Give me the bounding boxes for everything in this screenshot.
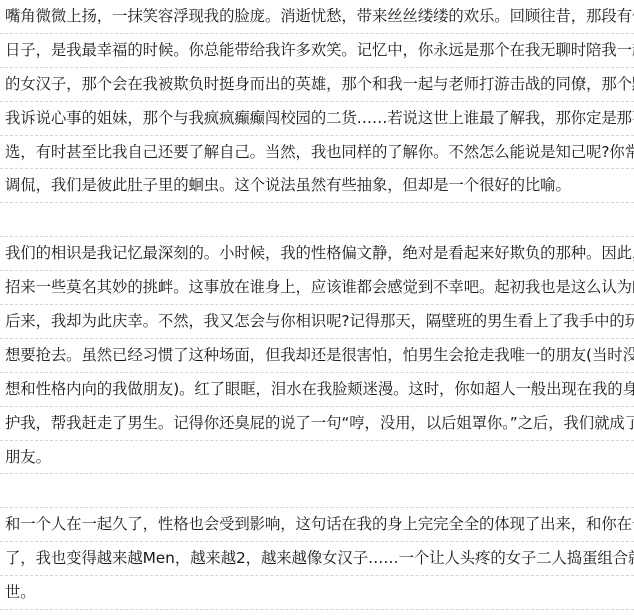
paragraph-spacer xyxy=(0,203,634,237)
paragraph-spacer xyxy=(0,474,634,508)
text-line: 我们的相识是我记忆最深刻的。小时候，我的性格偏文静，绝对是看起来好欺负的那种。因… xyxy=(0,237,634,271)
text-line: 朋友。 xyxy=(0,441,634,475)
text-line: 招来一些莫名其妙的挑衅。这事放在谁身上，应该谁都会感觉到不幸吧。起初我也是这么认… xyxy=(0,271,634,305)
text-line: 和一个人在一起久了，性格也会受到影响，这句话在我的身上完完全全的体现了出来，和你… xyxy=(0,508,634,542)
text-line: 日子，是我最幸福的时候。你总能带给我许多欢笑。记忆中，你永远是那个在我无聊时陪我… xyxy=(0,34,634,68)
text-line: 想和性格内向的我做朋友)。红了眼眶，泪水在我脸颊迷漫。这时，你如超人一般出现在我… xyxy=(0,373,634,407)
article-body: 嘴角微微上扬，一抹笑容浮现我的脸庞。消逝忧愁，带来丝丝缕缕的欢乐。回顾往昔，那段… xyxy=(0,0,634,610)
text-line: 后来，我却为此庆幸。不然，我又怎会与你相识呢?记得那天，隔壁班的男生看上了我手中… xyxy=(0,305,634,339)
text-line: 调侃，我们是彼此肚子里的蛔虫。这个说法虽然有些抽象，但却是一个很好的比喻。 xyxy=(0,169,634,203)
text-line: 选，有时甚至比我自己还要了解自己。当然，我也同样的了解你。不然怎么能说是知己呢?… xyxy=(0,136,634,170)
text-line: 世。 xyxy=(0,576,634,610)
text-line: 想要抢去。虽然已经习惯了这种场面，但我却还是很害怕，怕男生会抢走我唯一的朋友(当… xyxy=(0,339,634,373)
text-line: 护我，帮我赶走了男生。记得你还臭屁的说了一句“哼，没用，以后姐罩你。”之后，我们… xyxy=(0,407,634,441)
text-line: 嘴角微微上扬，一抹笑容浮现我的脸庞。消逝忧愁，带来丝丝缕缕的欢乐。回顾往昔，那段… xyxy=(0,0,634,34)
text-line: 的女汉子，那个会在我被欺负时挺身而出的英雄，那个和我一起与老师打游击战的同僚，那… xyxy=(0,68,634,102)
text-line: 我诉说心事的姐妹，那个与我疯疯癫癫闯校园的二货……若说这世上谁最了解我，那你定是… xyxy=(0,102,634,136)
text-line: 了，我也变得越来越Men，越来越2，越来越像女汉子……一个让人头疼的女子二人捣蛋… xyxy=(0,542,634,576)
